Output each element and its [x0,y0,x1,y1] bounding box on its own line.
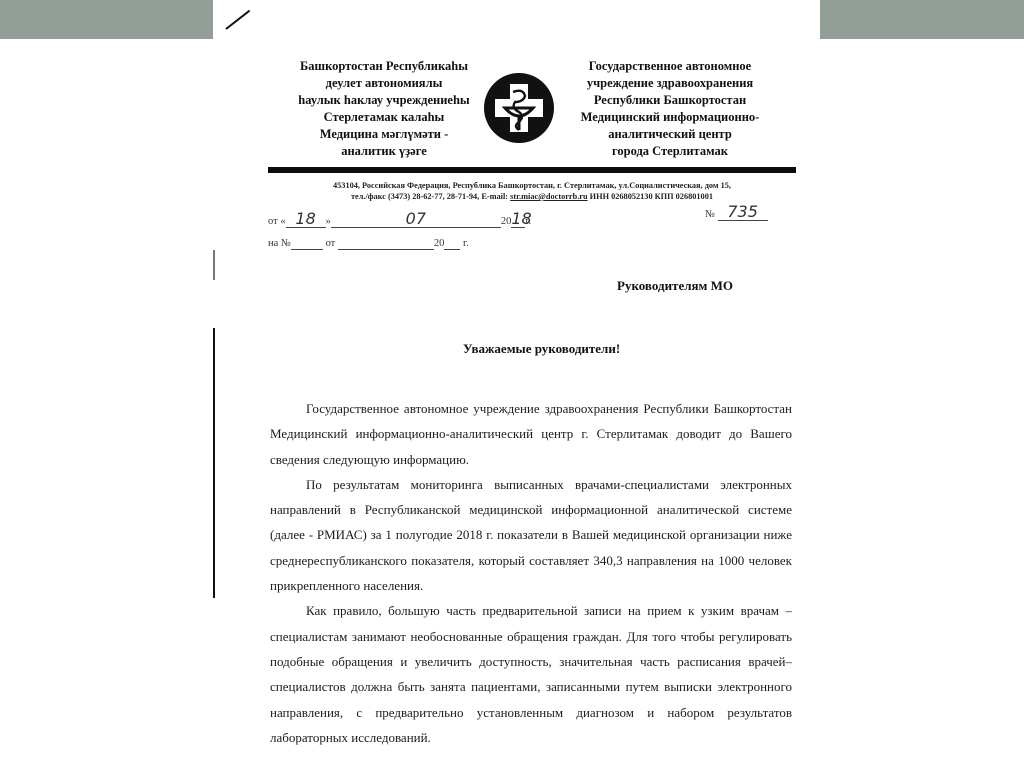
date-day: 18 [295,209,315,228]
salutation: Уважаемые руководители! [463,341,620,357]
reply-year-prefix: 20 [434,238,445,249]
date-year-unit: г. [525,216,531,227]
paragraph: По результатам мониторинга выписанных вр… [270,472,792,598]
letterhead-line: аналитик үҙәге [274,143,494,160]
slide-header-band-left [0,0,213,39]
letterhead-line: Медицина мәглүмәти - [274,126,494,143]
scan-edge-line [213,250,215,280]
scan-pen-mark [225,10,250,30]
contact-line: тел./факс (3473) 28-62-77, 28-71-94, E-m… [268,191,796,202]
date-year-prefix: 20 [501,216,512,227]
paragraph: Как правило, большую часть предварительн… [270,598,792,750]
addressee: Руководителям МО [617,278,733,294]
letterhead-line: Башкортостан Республикаһы [274,58,494,75]
letterhead-line: һаулык һаклау учреждениеһы [274,92,494,109]
letterhead-line: аналитический центр [560,126,780,143]
date-from-label: от « [268,216,286,227]
letterhead-line: Стерлетамак калаһы [274,109,494,126]
letterhead-line: города Стерлитамак [560,143,780,160]
number-label: № [705,209,715,220]
number-value: 735 [727,202,758,221]
letterhead-bashkir: Башкортостан Республикаһы деулет автоном… [274,58,494,160]
organization-address: 453104, Российская Федерация, Республика… [268,180,796,202]
letterhead-russian: Государственное автономное учреждение зд… [560,58,780,160]
reply-number-label: на № [268,238,291,249]
scan-edge-line [213,328,215,598]
registration-number: № 735 [705,205,768,221]
letterhead-line: Медицинский информационно- [560,109,780,126]
reply-year-unit: г. [463,238,469,249]
letterhead-divider [268,167,796,173]
tax-ids-text: ИНН 0268052130 КПП 026801001 [588,192,713,201]
letter-date: от «18»072018г. [268,212,531,228]
letterhead-line: учреждение здравоохранения [560,75,780,92]
letterhead-line: Государственное автономное [560,58,780,75]
reply-reference: на № от 20 г. [268,238,469,250]
letterhead-line: деулет автономиялы [274,75,494,92]
letter-body: Государственное автономное учреждение зд… [270,396,792,750]
email-link[interactable]: str.miac@doctorrb.ru [510,192,587,201]
address-line: 453104, Российская Федерация, Республика… [268,180,796,191]
phone-text: тел./факс (3473) 28-62-77, 28-71-94, E-m… [351,192,510,201]
medical-cross-bowl-of-hygieia-icon [483,72,555,144]
slide-header-band-right [820,0,1024,39]
paragraph: Государственное автономное учреждение зд… [270,396,792,472]
reply-from-label: от [326,238,336,249]
date-month: 07 [406,209,426,228]
letterhead-line: Республики Башкортостан [560,92,780,109]
